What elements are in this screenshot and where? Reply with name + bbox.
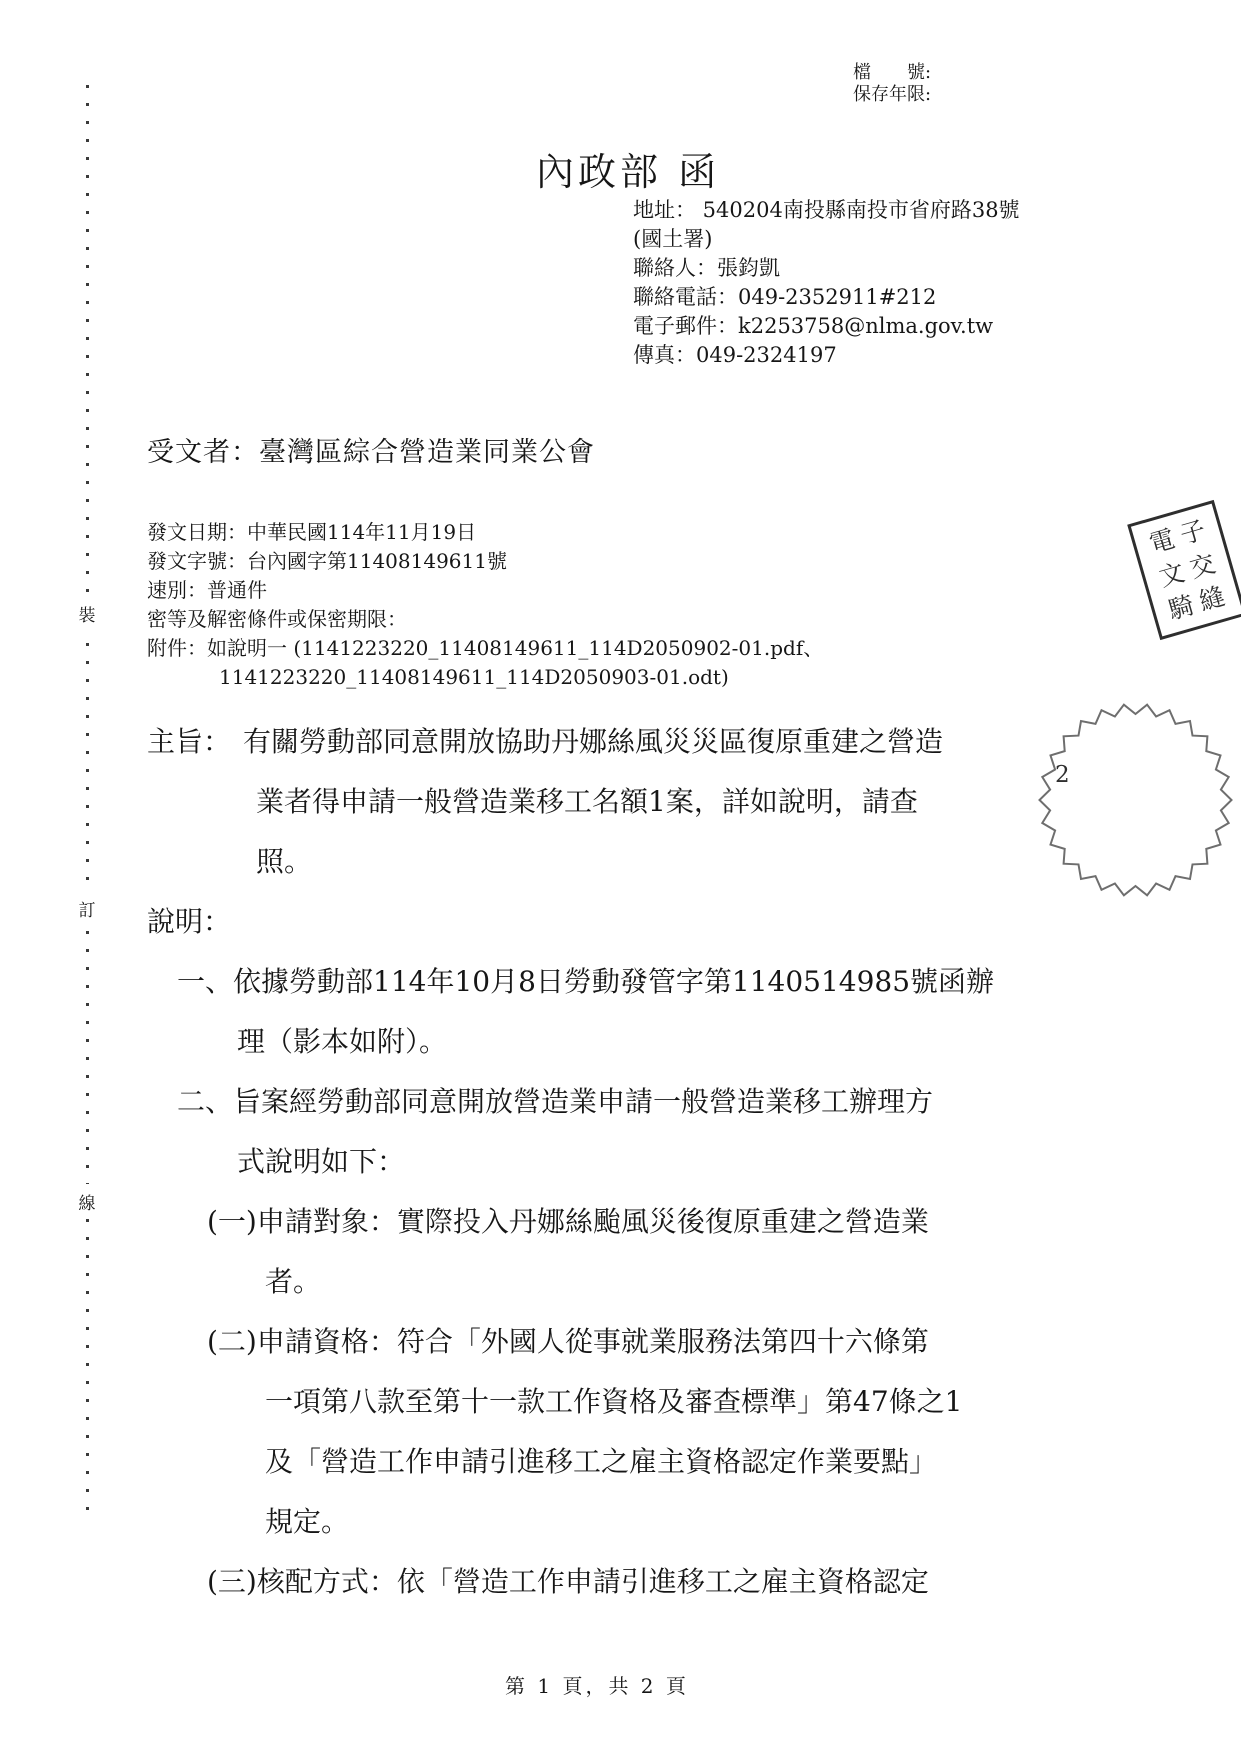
sender-fax: 傳真：049-2324197 (633, 341, 1020, 370)
list-marker: 一、 (177, 965, 233, 998)
description-line: 一項第八款至第十一款工作資格及審查標準」第47條之1 (0, 1372, 1241, 1432)
binding-mark-zhuang: 裝 (76, 596, 98, 631)
description-line: (三)核配方式：依「營造工作申請引進移工之雇主資格認定 (0, 1552, 1241, 1612)
list-marker: 二、 (177, 1085, 233, 1118)
description-line: (一)申請對象：實際投入丹娜絲颱風災後復原重建之營造業 (0, 1192, 1241, 1252)
description-line: 式說明如下： (0, 1132, 1241, 1192)
page-footer: 第 1 頁，共 2 頁 (505, 1670, 689, 1699)
description-line: 及「營造工作申請引進移工之雇主資格認定作業要點」 (0, 1432, 1241, 1492)
binding-mark-ding: 訂 (76, 891, 98, 926)
security-level: 密等及解密條件或保密期限： (147, 605, 823, 634)
binding-mark-xian: 線 (76, 1184, 98, 1219)
electronic-exchange-stamp: 電子 文交 騎縫 (1127, 500, 1241, 640)
description-text: 依據勞動部114年10月8日勞動發管字第1140514985號函辦 (233, 965, 994, 998)
sender-info-block: 地址： 540204南投縣南投市省府路38號 (國土署) 聯絡人：張鈞凱 聯絡電… (633, 196, 1020, 370)
file-reference-block: 檔 號: 保存年限: (853, 62, 931, 106)
subject-label: 主旨： (147, 725, 231, 758)
recipient-line: 受文者：臺灣區綜合營造業同業公會 (147, 430, 595, 469)
retention-label: 保存年限: (853, 84, 931, 106)
sublist-marker: (一) (207, 1205, 257, 1238)
description-line: 者。 (0, 1252, 1241, 1312)
doc-number: 發文字號：台內國字第11408149611號 (147, 547, 823, 576)
priority-level: 速別：普通件 (147, 576, 823, 605)
attachment-line: 1141223220_11408149611_114D2050903-01.od… (147, 663, 823, 692)
attachment-line: 附件：如說明一 (1141223220_11408149611_114D2050… (147, 634, 823, 663)
document-title: 內政部 函 (536, 148, 720, 196)
page-seal-path (1040, 705, 1232, 896)
document-page: 裝 訂 線 檔 號: 保存年限: 內政部 函 地址： 540204南投縣南投市省… (0, 0, 1241, 1754)
description-line: 一、依據勞動部114年10月8日勞動發管字第1140514985號函辦 (0, 952, 1241, 1012)
description-line: 規定。 (0, 1492, 1241, 1552)
description-text: 申請資格：符合「外國人從事就業服務法第四十六條第 (257, 1325, 929, 1358)
sublist-marker: (三) (207, 1565, 257, 1598)
seal-page-number: 2 (1055, 762, 1070, 788)
description-line: 二、旨案經勞動部同意開放營造業申請一般營造業移工辦理方 (0, 1072, 1241, 1132)
description-line: (二)申請資格：符合「外國人從事就業服務法第四十六條第 (0, 1312, 1241, 1372)
document-meta-block: 發文日期：中華民國114年11月19日 發文字號：台內國字第1140814961… (147, 518, 823, 692)
issue-date: 發文日期：中華民國114年11月19日 (147, 518, 823, 547)
file-no-label: 檔 號: (853, 62, 931, 84)
sublist-marker: (二) (207, 1325, 257, 1358)
description-text: 申請對象：實際投入丹娜絲颱風災後復原重建之營造業 (257, 1205, 929, 1238)
sender-contact: 聯絡人：張鈞凱 (633, 254, 1020, 283)
page-joint-seal-icon (1030, 690, 1241, 910)
sender-address: 地址： 540204南投縣南投市省府路38號 (633, 196, 1020, 225)
description-text: 核配方式：依「營造工作申請引進移工之雇主資格認定 (257, 1565, 929, 1598)
sender-email: 電子郵件：k2253758@nlma.gov.tw (633, 312, 1020, 341)
sender-phone: 聯絡電話：049-2352911#212 (633, 283, 1020, 312)
description-text: 旨案經勞動部同意開放營造業申請一般營造業移工辦理方 (233, 1085, 933, 1118)
description-line: 理（影本如附）。 (0, 1012, 1241, 1072)
subject-text: 有關勞動部同意開放協助丹娜絲風災災區復原重建之營造 (243, 725, 943, 758)
sender-branch: (國土署) (633, 225, 1020, 254)
